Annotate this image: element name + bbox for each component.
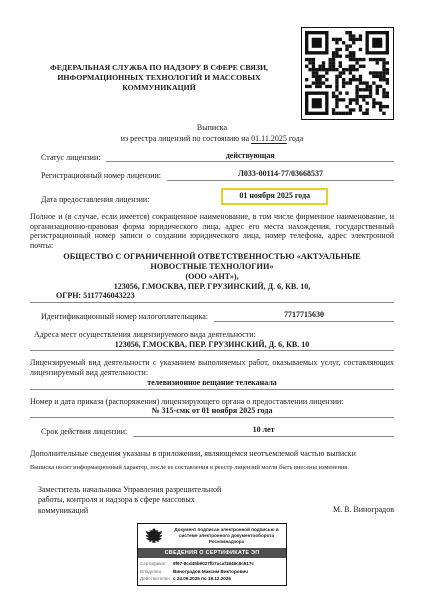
grant-date-row: Дата предоставления лицензии: 01 ноября … xyxy=(30,188,394,205)
stamp-owner-value: Виноградов Максим Викторович xyxy=(173,568,284,575)
electronic-signature-stamp: Документ подписан электронной подписью в… xyxy=(137,523,287,586)
inn-row: Идентификационный номер налогоплательщик… xyxy=(30,310,394,322)
agency-header-line: ФЕДЕРАЛЬНАЯ СЛУЖБА ПО НАДЗОРУ В СФЕРЕ СВ… xyxy=(30,63,288,73)
status-label: Статус лицензии: xyxy=(41,153,106,163)
stamp-owner-label: Владелец xyxy=(140,568,173,575)
page-header: ФЕДЕРАЛЬНАЯ СЛУЖБА ПО НАДЗОРУ В СФЕРЕ СВ… xyxy=(30,27,394,120)
activity-addresses-value: 123056, Г.МОСКВА, ПЕР. ГРУЗИНСКИЙ, Д. 6,… xyxy=(30,340,394,352)
signer-name: М. В. Виноградов xyxy=(333,505,394,516)
qr-code xyxy=(301,27,394,120)
agency-header-line: ИНФОРМАЦИОННЫХ ТЕХНОЛОГИЙ И МАССОВЫХ xyxy=(30,73,288,83)
grant-date-label: Дата предоставления лицензии: xyxy=(41,195,155,205)
company-name: ОБЩЕСТВО С ОГРАНИЧЕННОЙ ОТВЕТСТВЕННОСТЬЮ… xyxy=(30,252,394,272)
registration-number-label: Регистрационный номер лицензии: xyxy=(41,171,167,181)
double-headed-eagle-icon xyxy=(138,526,170,546)
registration-number-value: Л033-00114-77/03668537 xyxy=(167,169,394,181)
company-short-name: (ООО «АНТ»), xyxy=(30,272,394,282)
activity-addresses-label: Адреса мест осуществления лицензируемого… xyxy=(30,330,394,340)
as-of-date: 01.11.2025 xyxy=(251,134,287,143)
status-value: действующая xyxy=(106,151,394,163)
stamp-row-certificate: Сертификат 9f67-8cd45b9027fb7acaf1848c8c… xyxy=(140,560,284,567)
disclaimer-note: Выписка носит информационный характер, п… xyxy=(30,464,394,472)
term-row: Срок действия лицензии: 10 лет xyxy=(30,425,394,437)
stamp-row-owner: Владелец Виноградов Максим Викторович xyxy=(140,568,284,575)
signature-block: Заместитель начальника Управления разреш… xyxy=(30,485,394,516)
stamp-certificate-label: Сертификат xyxy=(140,560,173,567)
qr-code-svg xyxy=(305,31,389,115)
agency-header: ФЕДЕРАЛЬНАЯ СЛУЖБА ПО НАДЗОРУ В СФЕРЕ СВ… xyxy=(30,27,288,93)
status-row: Статус лицензии: действующая xyxy=(30,151,394,163)
inn-label: Идентификационный номер налогоплательщик… xyxy=(41,312,214,322)
registration-number-row: Регистрационный номер лицензии: Л033-001… xyxy=(30,169,394,181)
activity-type-label: Лицензируемый вид деятельности с указани… xyxy=(30,358,394,378)
subtitle-text: из реестра лицензий по состоянию на xyxy=(121,134,249,143)
stamp-certificate-value: 9f67-8cd45b9027fb7acaf1848c8c617c xyxy=(173,560,284,567)
agency-header-line: КОММУНИКАЦИЙ xyxy=(30,83,288,93)
company-ogrn: ОГРН: 5117746043223 xyxy=(30,291,394,303)
term-label: Срок действия лицензии: xyxy=(41,427,133,437)
term-value: 10 лет xyxy=(133,425,394,437)
document-title: Выписка xyxy=(30,123,394,133)
stamp-header-text: Документ подписан электронной подписью в… xyxy=(170,526,286,546)
stamp-validity-label: Действителен xyxy=(140,575,173,582)
signer-position: Заместитель начальника Управления разреш… xyxy=(38,485,236,516)
activity-type-value: телевизионное вещание телеканала xyxy=(30,378,394,390)
order-label: Номер и дата приказа (распоряжения) лице… xyxy=(30,397,394,407)
licensee-intro-paragraph: Полное и (в случае, если имеется) сокращ… xyxy=(30,212,394,251)
grant-date-value-highlighted: 01 ноября 2025 года xyxy=(221,188,328,205)
stamp-row-validity: Действителен с 24.09.2025 по 18.12.2026 xyxy=(140,575,284,582)
additional-info-note: Дополнительные сведения указаны в прилож… xyxy=(30,449,394,459)
stamp-validity-value: с 24.09.2025 по 18.12.2026 xyxy=(173,575,284,582)
company-address: 123056, Г.МОСКВА, ПЕР. ГРУЗИНСКИЙ, Д. 6,… xyxy=(30,282,394,292)
document-subtitle: из реестра лицензий по состоянию на 01.1… xyxy=(30,134,394,144)
license-extract-page: ФЕДЕРАЛЬНАЯ СЛУЖБА ПО НАДЗОРУ В СФЕРЕ СВ… xyxy=(0,0,424,600)
inn-value: 7717715630 xyxy=(214,310,394,322)
order-value: № 315-смк от 01 ноября 2025 года xyxy=(30,406,394,418)
subtitle-suffix: года xyxy=(289,134,303,143)
stamp-certificate-band: СВЕДЕНИЯ О СЕРТИФИКАТЕ ЭП xyxy=(138,548,286,559)
